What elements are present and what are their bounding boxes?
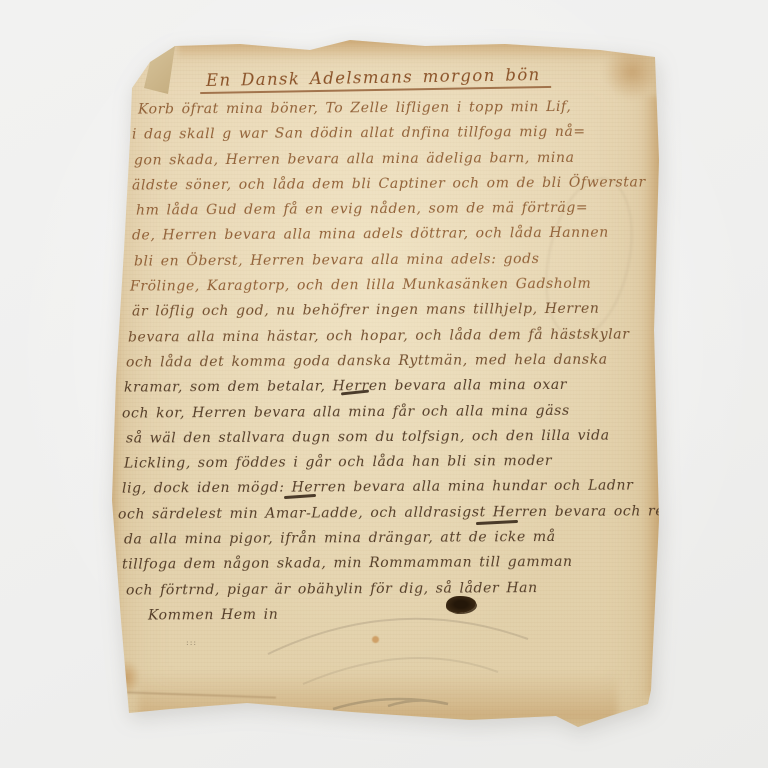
paper-sheet: En Dansk Adelsmans morgon bön Korb öfrat… <box>108 36 660 731</box>
manuscript-line: kramar, som dem betalar, Herren bevara a… <box>124 377 650 406</box>
manuscript-line: och låda det komma goda danska Ryttmän, … <box>126 351 650 379</box>
manuscript-page: En Dansk Adelsmans morgon bön Korb öfrat… <box>0 0 768 768</box>
show-through-marks <box>238 584 558 734</box>
manuscript-line: Lickling, som föddes i går och låda han … <box>124 453 650 482</box>
manuscript-line: och särdelest min Amar-Ladde, och alldra… <box>118 503 650 532</box>
manuscript-line: lig, dock iden mögd: Herren bevara alla … <box>122 478 650 507</box>
stain-bottom-left <box>110 660 140 696</box>
manuscript-line: äldste söner, och låda dem bli Captiner … <box>132 174 650 202</box>
stain-top-edge <box>178 36 658 60</box>
manuscript-body: Korb öfrat mina böner, To Zelle lifligen… <box>132 100 650 631</box>
manuscript-line: bevara alla mina hästar, och hopar, och … <box>128 326 650 354</box>
manuscript-line: är löflig och god, nu behöfrer ingen man… <box>132 301 650 329</box>
photograph-background: En Dansk Adelsmans morgon bön Korb öfrat… <box>0 0 768 768</box>
manuscript-line: och kor, Herren bevara alla mina får och… <box>122 402 650 431</box>
stain-left-edge <box>104 76 122 696</box>
stain-left-spot <box>108 204 124 226</box>
manuscript-line: Frölinge, Karagtorp, och den lilla Munka… <box>130 275 650 303</box>
manuscript-title: En Dansk Adelsmans morgon bön <box>200 65 551 94</box>
manuscript-line: hm låda Gud dem få en evig nåden, som de… <box>136 200 650 228</box>
stain-top-right <box>603 44 661 100</box>
manuscript-line: tillfoga dem någon skada, min Rommamman … <box>122 554 650 583</box>
manuscript-line: Korb öfrat mina böner, To Zelle lifligen… <box>138 98 650 126</box>
manuscript-line: gon skada, Herren bevara alla mina ädeli… <box>134 149 650 177</box>
dog-ear-fold-icon <box>138 42 186 100</box>
manuscript-line: bli en Öberst, Herren bevara alla mina a… <box>134 250 650 278</box>
manuscript-line: da alla mina pigor, ifrån mina drängar, … <box>124 528 650 557</box>
manuscript-line: de, Herren bevara alla mina adels döttra… <box>132 225 650 253</box>
manuscript-line: i dag skall g war San dödin allat dnfina… <box>132 124 650 152</box>
manuscript-line: så wäl den stallvara dugn som du tolfsig… <box>126 427 650 455</box>
small-tick-marks: ::: <box>186 638 197 647</box>
